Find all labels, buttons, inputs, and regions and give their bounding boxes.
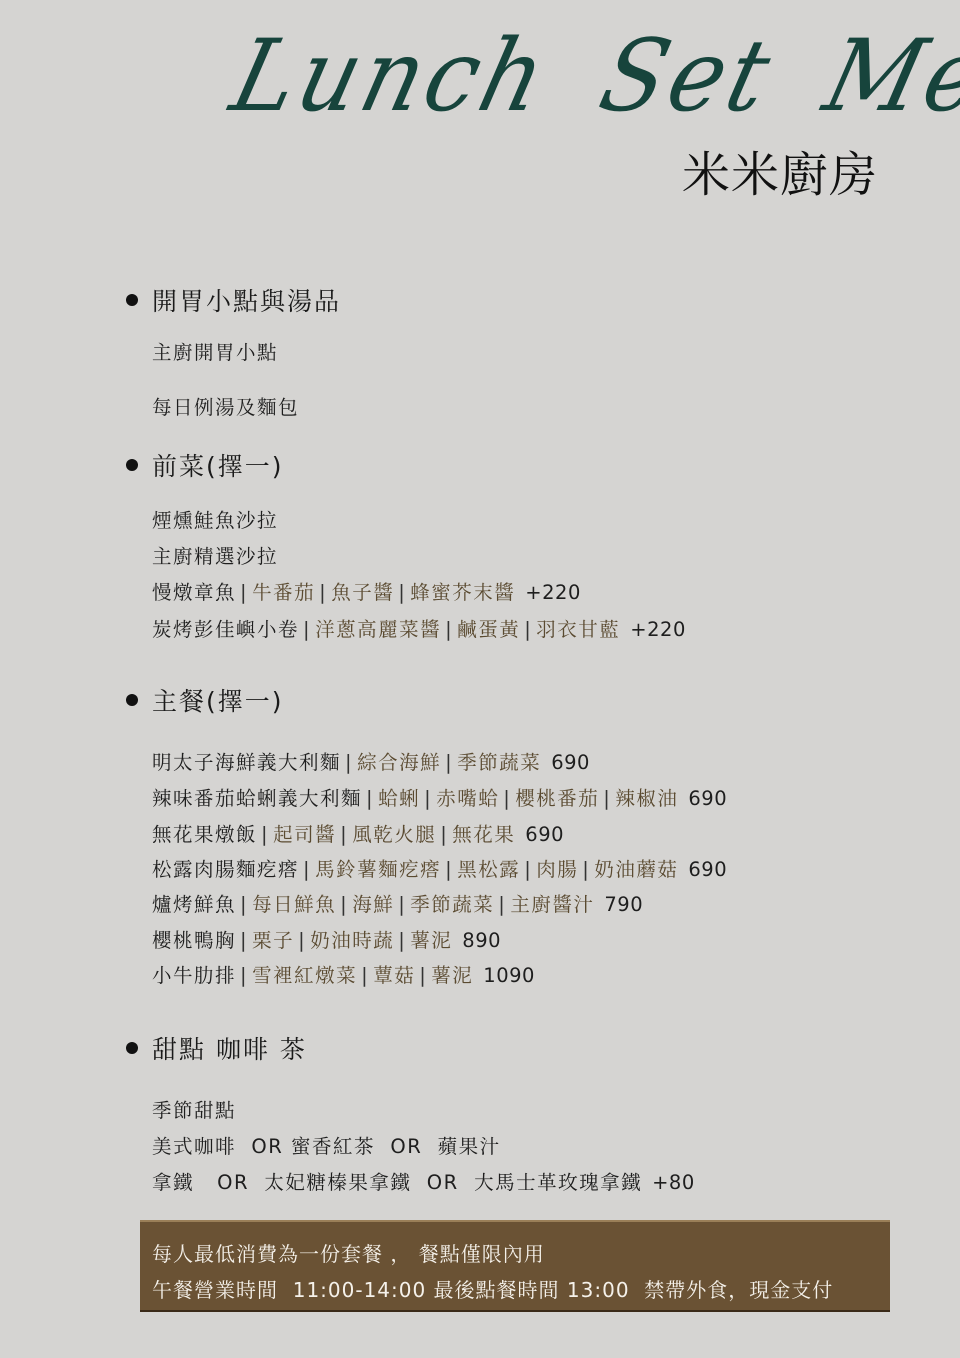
separator: | [498,893,506,916]
section-heading-dessert-drinks: 甜點 咖啡 茶 [126,1030,307,1066]
menu-item: 辣味番茄蛤蜊義大利麵|蛤蜊|赤嘴蛤|櫻桃番茄|辣椒油690 [152,783,727,811]
menu-item: 松露肉腸麵疙瘩|馬鈴薯麵疙瘩|黑松露|肉腸|奶油蘑菇690 [152,854,727,882]
separator: | [345,751,353,774]
separator: | [582,858,590,881]
separator: | [340,893,348,916]
item-name: 每日例湯及麵包 [152,396,299,419]
item-ingredient: 奶油蘑菇 [594,858,678,881]
separator: | [445,618,453,641]
item-name: 櫻桃鴨胸 [152,929,236,952]
item-price: 790 [604,893,643,916]
item-ingredient: 馬鈴薯麵疙瘩 [315,858,441,881]
item-ingredient: 鹹蛋黃 [457,618,520,641]
separator: | [303,858,311,881]
item-name: 炭烤彭佳嶼小卷 [152,618,299,641]
item-name: 主廚精選沙拉 [152,545,278,568]
separator: | [240,964,248,987]
item-ingredient: 薯泥 [410,929,452,952]
item-ingredient: 主廚醬汁 [510,893,594,916]
item-ingredient: 季節蔬菜 [410,893,494,916]
menu-item: 櫻桃鴨胸|栗子|奶油時蔬|薯泥890 [152,925,501,953]
item-ingredient: 魚子醬 [331,581,394,604]
item-ingredient: 風乾火腿 [352,823,436,846]
item-ingredient: 栗子 [252,929,294,952]
separator: | [419,964,427,987]
item-price: 690 [688,787,727,810]
item-ingredient: 洋蔥高麗菜醬 [315,618,441,641]
item-ingredient: 奶油時蔬 [310,929,394,952]
item-ingredient: 黑松露 [457,858,520,881]
menu-item: 慢燉章魚|牛番茄|魚子醬|蜂蜜芥末醬+220 [152,577,581,605]
separator: | [445,858,453,881]
menu-title: LunchSetMenu [220,18,910,137]
item-ingredient: 薯泥 [431,964,473,987]
item-ingredient: 海鮮 [352,893,394,916]
section-heading-main-course: 主餐(擇一) [126,682,284,718]
notice-line-min-spend: 每人最低消費為一份套餐 ， 餐點僅限內用 [152,1238,545,1267]
item-price: +220 [525,581,581,604]
separator: | [503,787,511,810]
separator: | [424,787,432,810]
separator: | [445,751,453,774]
item-price: +220 [630,618,686,641]
item-ingredient: 辣椒油 [615,787,678,810]
item-name: 無花果燉飯 [152,823,257,846]
item-ingredient: 起司醬 [273,823,336,846]
item-name: 爐烤鮮魚 [152,893,236,916]
section-title: 前菜(擇一) [152,447,284,483]
separator: | [340,823,348,846]
section-heading-starter: 前菜(擇一) [126,447,284,483]
item-name: 慢燉章魚 [152,581,236,604]
title-word: Set [590,18,785,134]
separator: | [303,618,311,641]
menu-item: 明太子海鮮義大利麵|綜合海鮮|季節蔬菜690 [152,747,590,775]
separator: | [440,823,448,846]
separator: | [398,893,406,916]
item-ingredient: 每日鮮魚 [252,893,336,916]
item-price: +80 [652,1171,695,1194]
menu-item: 主廚開胃小點 [152,337,278,365]
item-ingredient: 蕈菇 [373,964,415,987]
item-ingredient: 雪裡紅燉菜 [252,964,357,987]
separator: | [524,618,532,641]
menu-item: 拿鐵 OR 太妃糖榛果拿鐵 OR 大馬士革玫瑰拿鐵+80 [152,1167,695,1195]
separator: | [398,581,406,604]
title-word: Menu [814,18,960,134]
notice-box: 每人最低消費為一份套餐 ， 餐點僅限內用 午餐營業時間 11:00-14:00 … [140,1220,890,1312]
item-price: 890 [462,929,501,952]
item-ingredient: 櫻桃番茄 [515,787,599,810]
item-name: 主廚開胃小點 [152,341,278,364]
item-name: 明太子海鮮義大利麵 [152,751,341,774]
notice-line-hours: 午餐營業時間 11:00-14:00 最後點餐時間 13:00 禁帶外食，現金支… [152,1274,833,1303]
item-name: 辣味番茄蛤蜊義大利麵 [152,787,362,810]
menu-item: 季節甜點 [152,1095,236,1123]
item-price: 690 [551,751,590,774]
item-name: 煙燻鮭魚沙拉 [152,509,278,532]
item-ingredient: 季節蔬菜 [457,751,541,774]
separator: | [398,929,406,952]
item-name: 美式咖啡 OR 蜜香紅茶 OR 蘋果汁 [152,1135,501,1158]
item-name: 拿鐵 OR 太妃糖榛果拿鐵 OR 大馬士革玫瑰拿鐵 [152,1171,642,1194]
menu-item: 無花果燉飯|起司醬|風乾火腿|無花果690 [152,819,564,847]
item-name: 松露肉腸麵疙瘩 [152,858,299,881]
separator: | [240,893,248,916]
menu-item: 小牛肋排|雪裡紅燉菜|蕈菇|薯泥1090 [152,960,535,988]
item-ingredient: 綜合海鮮 [357,751,441,774]
item-ingredient: 赤嘴蛤 [436,787,499,810]
section-title: 開胃小點與湯品 [152,282,341,318]
menu-item: 主廚精選沙拉 [152,541,278,569]
item-ingredient: 肉腸 [536,858,578,881]
item-ingredient: 牛番茄 [252,581,315,604]
section-title: 主餐(擇一) [152,682,284,718]
item-price: 690 [688,858,727,881]
bullet-icon [126,1042,138,1054]
separator: | [603,787,611,810]
title-word: Lunch [221,18,560,134]
item-price: 1090 [483,964,535,987]
separator: | [240,929,248,952]
bullet-icon [126,459,138,471]
menu-item: 煙燻鮭魚沙拉 [152,505,278,533]
section-title: 甜點 咖啡 茶 [152,1030,307,1066]
bullet-icon [126,694,138,706]
separator: | [366,787,374,810]
item-ingredient: 無花果 [452,823,515,846]
brand-name: 米米廚房 [682,136,878,205]
item-ingredient: 蜂蜜芥末醬 [410,581,515,604]
separator: | [361,964,369,987]
separator: | [524,858,532,881]
item-name: 季節甜點 [152,1099,236,1122]
item-ingredient: 蛤蜊 [378,787,420,810]
item-price: 690 [525,823,564,846]
bullet-icon [126,294,138,306]
menu-item: 炭烤彭佳嶼小卷|洋蔥高麗菜醬|鹹蛋黃|羽衣甘藍+220 [152,614,686,642]
item-name: 小牛肋排 [152,964,236,987]
separator: | [319,581,327,604]
separator: | [298,929,306,952]
menu-item: 每日例湯及麵包 [152,392,299,420]
item-ingredient: 羽衣甘藍 [536,618,620,641]
separator: | [261,823,269,846]
menu-item: 美式咖啡 OR 蜜香紅茶 OR 蘋果汁 [152,1131,501,1159]
menu-item: 爐烤鮮魚|每日鮮魚|海鮮|季節蔬菜|主廚醬汁790 [152,889,643,917]
section-heading-appetizer-soup: 開胃小點與湯品 [126,282,341,318]
separator: | [240,581,248,604]
